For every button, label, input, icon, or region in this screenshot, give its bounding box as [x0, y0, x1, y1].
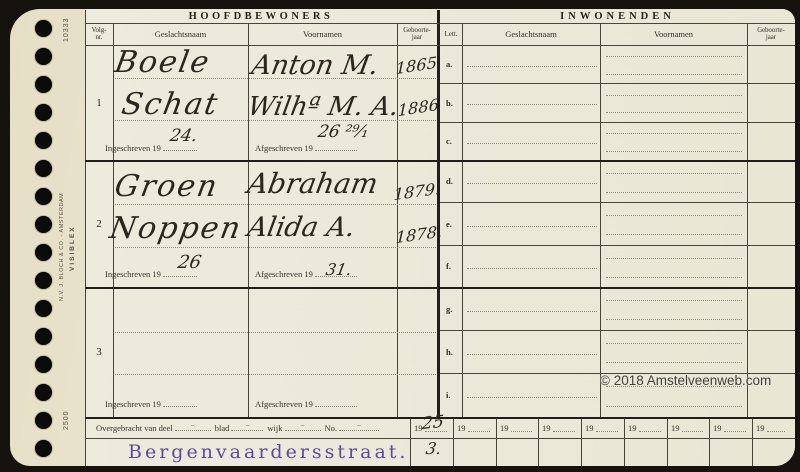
handwritten-surname: Groen	[112, 172, 221, 202]
year-cell-label: 19	[585, 423, 594, 433]
year-cell: 19	[454, 417, 496, 438]
year-cell: 19	[582, 417, 624, 438]
lett-row-c: c.	[440, 122, 462, 160]
handwritten-surname: Boele	[112, 48, 213, 78]
column-header-voornamen-left: Voornamen	[248, 23, 397, 45]
year-cell-label: 19	[542, 423, 551, 433]
binder-hole	[35, 76, 52, 93]
ingeschreven-text: Ingeschreven 19	[105, 269, 161, 279]
year-cell-label: 19	[713, 423, 722, 433]
binder-hole	[35, 244, 52, 261]
year-cell: 19	[668, 417, 709, 438]
writing-line	[467, 143, 597, 144]
writing-line	[467, 183, 597, 184]
lett-row-e: e.	[440, 202, 462, 245]
binder-hole	[35, 188, 52, 205]
dotted-leader	[553, 423, 575, 432]
year-cell-label: 19	[500, 423, 509, 433]
writing-line	[606, 343, 742, 344]
writing-line	[467, 311, 597, 312]
writing-line	[606, 215, 742, 216]
binder-hole	[35, 412, 52, 429]
writing-line	[606, 56, 742, 57]
writing-line	[606, 234, 742, 235]
binder-hole	[35, 48, 52, 65]
writing-line	[606, 319, 742, 320]
dash-mark: –	[301, 421, 305, 429]
year-cell: 19	[753, 417, 793, 438]
writing-line	[606, 151, 742, 152]
writing-line	[606, 300, 742, 301]
handwritten-year-value: 25	[421, 414, 444, 433]
column-header-voornamen-right: Voornamen	[600, 23, 747, 45]
writing-line	[606, 133, 742, 134]
writing-line	[606, 362, 742, 363]
year-cell-label: 19	[671, 423, 680, 433]
year-cell: 19	[497, 417, 538, 438]
handwritten-afgeschreven-year: 31.	[325, 262, 353, 278]
dotted-leader	[596, 423, 618, 432]
writing-line	[467, 397, 597, 398]
grid-hline	[440, 122, 795, 123]
binder-hole	[35, 272, 52, 289]
afgeschreven-text: Afgeschreven 19	[255, 143, 313, 153]
dotted-leader: –	[231, 422, 263, 431]
ingeschreven-text: Ingeschreven 19	[105, 143, 161, 153]
binder-hole	[35, 300, 52, 317]
dotted-leader	[511, 423, 532, 432]
dotted-leader	[468, 423, 490, 432]
serial-number-bottom: 2500	[63, 403, 70, 437]
column-header-geboortejaar-right: Geboorte- jaar	[747, 23, 795, 45]
column-header-geboortejaar-left-line2: jaar	[412, 34, 422, 42]
writing-line	[606, 258, 742, 259]
lett-row-f: f.	[440, 245, 462, 287]
binder-hole	[35, 104, 52, 121]
handwritten-afgeschreven-year: 26 ²⁹⁄₁	[317, 124, 370, 141]
street-name-stamp: Bergenvaardersstraat.	[128, 441, 408, 463]
lett-row-i: i.	[440, 373, 462, 417]
writing-line	[467, 226, 597, 227]
dotted-leader	[724, 423, 746, 432]
afgeschreven-label: Afgeschreven 19	[255, 398, 357, 409]
handwritten-ingeschreven-year: 26	[176, 254, 202, 272]
dash-mark: –	[357, 421, 361, 429]
grid-vline	[397, 23, 398, 417]
ingeschreven-label: Ingeschreven 19	[105, 398, 197, 409]
serial-number-top: 10333	[63, 12, 70, 48]
ingeschreven-text: Ingeschreven 19	[105, 399, 161, 409]
year-cell: 19	[710, 417, 752, 438]
dotted-leader	[315, 398, 357, 407]
dotted-leader	[163, 398, 197, 407]
overgebracht-label: Overgebracht van deel	[96, 423, 173, 433]
handwritten-firstname: Anton M.	[250, 52, 381, 79]
lett-row-h: h.	[440, 330, 462, 373]
writing-line	[606, 406, 742, 407]
watermark-text: © 2018 Amstelveenweb.com	[600, 373, 771, 388]
writing-line	[606, 112, 742, 113]
grid-hline	[440, 83, 795, 84]
dash-mark: –	[246, 421, 250, 429]
writing-line	[115, 247, 436, 248]
section-title-hoofdbewoners: HOOFDBEWONERS	[85, 10, 437, 23]
year-cell: 19	[625, 417, 667, 438]
binder-hole	[35, 216, 52, 233]
lett-row-a: a.	[440, 45, 462, 83]
binder-hole	[35, 132, 52, 149]
column-header-geslachtsnaam-right: Geslachtsnaam	[462, 23, 600, 45]
writing-line	[467, 268, 597, 269]
dotted-leader	[767, 423, 785, 432]
writing-line	[467, 66, 597, 67]
handwritten-ingeschreven-year: 24.	[169, 128, 199, 145]
grid-hline	[440, 202, 795, 203]
writing-line	[115, 204, 436, 205]
overgebracht-row: Overgebracht van deel – blad – wijk – No…	[96, 422, 379, 433]
lett-row-b: b.	[440, 83, 462, 122]
binder-hole	[35, 160, 52, 177]
dotted-leader	[639, 423, 661, 432]
writing-line	[606, 95, 742, 96]
section-title-inwonenden: INWONENDEN	[440, 10, 795, 23]
writing-line	[467, 104, 597, 105]
handwritten-surname: Schat	[119, 90, 221, 120]
column-header-lett: Lett.	[440, 23, 462, 45]
year-cell-label: 19	[628, 423, 637, 433]
column-header-geboortejaar-left-line1: Geboorte-	[403, 27, 431, 35]
lett-row-g: g.	[440, 287, 462, 330]
dotted-leader: –	[175, 422, 211, 431]
writing-line	[606, 277, 742, 278]
column-header-geboortejaar-right-line2: jaar	[766, 34, 776, 42]
writing-line	[115, 332, 436, 333]
column-header-geboortejaar-left: Geboorte- jaar	[397, 23, 437, 45]
column-header-geslachtsnaam-left: Geslachtsnaam	[113, 23, 248, 45]
binder-hole	[35, 328, 52, 345]
afgeschreven-label: Afgeschreven 19	[255, 142, 357, 153]
dotted-leader: –	[339, 422, 379, 431]
lett-row-d: d.	[440, 160, 462, 202]
year-cell: 19	[539, 417, 581, 438]
handwritten-firstname: Wilhª M. A.	[246, 94, 401, 120]
binder-hole	[35, 356, 52, 373]
column-header-volgnr: Volg- nr.	[85, 23, 113, 45]
binder-hole	[35, 384, 52, 401]
afgeschreven-text: Afgeschreven 19	[255, 399, 313, 409]
dotted-leader: –	[285, 422, 321, 431]
grid-hline	[440, 245, 795, 246]
dotted-leader	[682, 423, 703, 432]
binder-hole	[35, 440, 52, 457]
handwritten-house-number: 3.	[425, 441, 443, 457]
column-header-geboortejaar-right-line1: Geboorte-	[757, 27, 785, 35]
handwritten-surname: Noppen	[107, 214, 244, 244]
scanned-register-card-page: 10333 N.V. J. BLOCH & CO. - AMSTERDAM VI…	[0, 0, 800, 472]
binder-hole	[35, 20, 52, 37]
writing-line	[606, 173, 742, 174]
wijk-label: wijk	[267, 423, 282, 433]
column-header-volgnr-line2: nr.	[96, 34, 103, 42]
column-header-volgnr-line1: Volg-	[92, 27, 107, 35]
handwritten-firstname: Abraham	[246, 170, 380, 198]
year-cell-label: 19	[457, 423, 466, 433]
writing-line	[606, 192, 742, 193]
writing-line	[467, 354, 597, 355]
dash-mark: –	[191, 421, 195, 429]
grid-hline	[440, 330, 795, 331]
blad-label: blad	[215, 423, 230, 433]
grid-hline	[85, 23, 795, 24]
afgeschreven-text: Afgeschreven 19	[255, 269, 313, 279]
printer-maker-text: N.V. J. BLOCH & CO. - AMSTERDAM	[59, 173, 65, 321]
writing-line	[606, 74, 742, 75]
printer-brand-text: VISIBLEX	[69, 208, 76, 288]
handwritten-firstname: Alida A.	[246, 214, 358, 241]
writing-line	[115, 374, 436, 375]
no-label: No.	[325, 423, 338, 433]
year-cell-label: 19	[756, 423, 765, 433]
dotted-leader	[315, 142, 357, 151]
